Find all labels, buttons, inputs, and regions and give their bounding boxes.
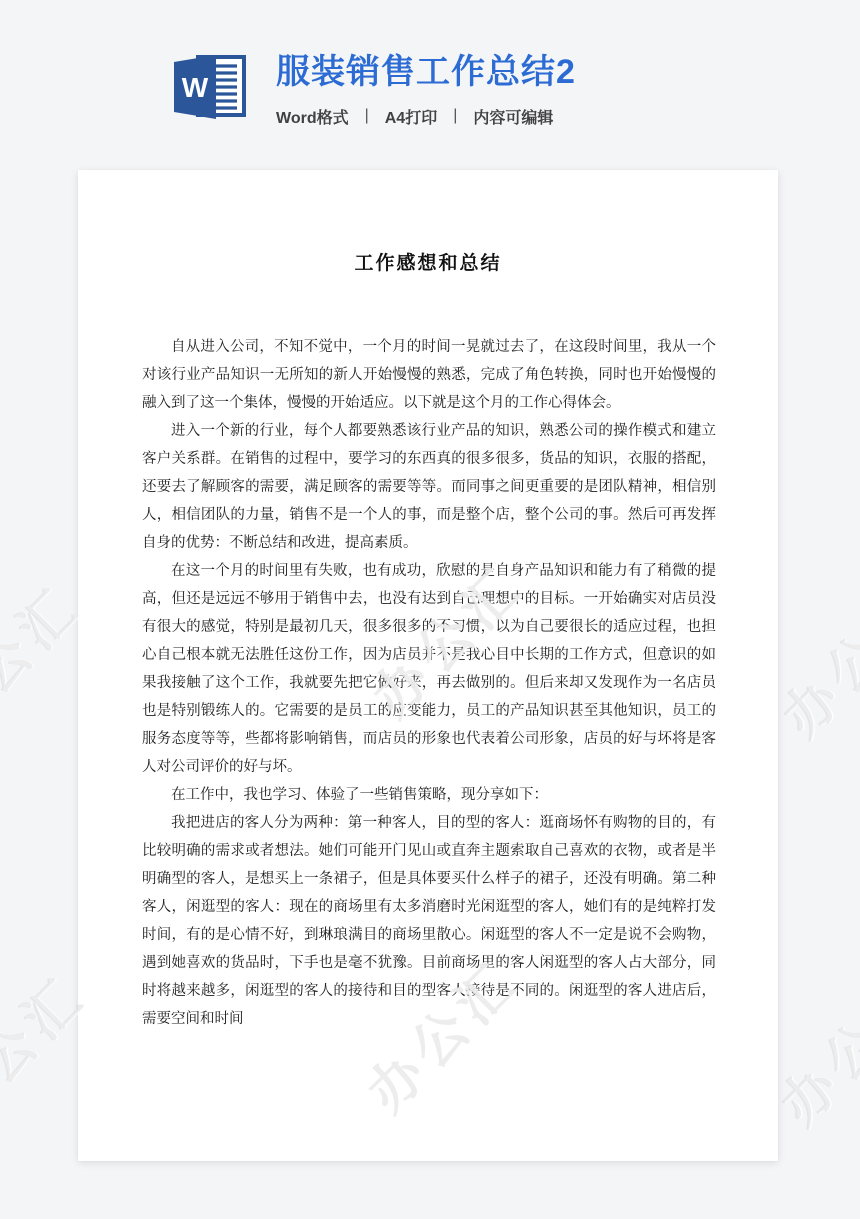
separator: | — [365, 107, 369, 125]
document-paragraph: 自从进入公司，不知不觉中，一个月的时间一晃就过去了，在这段时间里，我从一个对该行… — [142, 333, 716, 417]
format-subtitle: Word格式 | A4打印 | 内容可编辑 — [276, 105, 576, 128]
page-title: 服装销售工作总结2 — [276, 52, 576, 93]
svg-text:W: W — [182, 72, 209, 103]
format-editable: 内容可编辑 — [473, 105, 553, 128]
document-paragraph: 我把进店的客人分为两种：第一种客人，目的型的客人：逛商场怀有购物的目的，有比较明… — [142, 809, 716, 1033]
document-paragraph: 在工作中，我也学习、体验了一些销售策略，现分享如下： — [142, 781, 716, 809]
document-title: 工作感想和总结 — [78, 248, 778, 275]
document-paragraph: 进入一个新的行业，每个人都要熟悉该行业产品的知识，熟悉公司的操作模式和建立客户关… — [142, 417, 716, 557]
separator: | — [453, 107, 457, 125]
document-body: 自从进入公司，不知不觉中，一个月的时间一晃就过去了，在这段时间里，我从一个对该行… — [78, 333, 778, 1033]
format-word: Word格式 — [276, 105, 349, 128]
format-a4: A4打印 — [385, 105, 437, 128]
document-header: W 服装销售工作总结2 Word格式 | A4打印 | 内容可编辑 — [168, 52, 576, 128]
document-page: 工作感想和总结 自从进入公司，不知不觉中，一个月的时间一晃就过去了，在这段时间里… — [78, 170, 778, 1161]
word-icon: W — [168, 52, 250, 122]
document-paragraph: 在这一个月的时间里有失败，也有成功，欣慰的是自身产品知识和能力有了稍微的提高，但… — [142, 557, 716, 781]
page-background: W 服装销售工作总结2 Word格式 | A4打印 | 内容可编辑 工作感想和总… — [0, 0, 860, 1219]
